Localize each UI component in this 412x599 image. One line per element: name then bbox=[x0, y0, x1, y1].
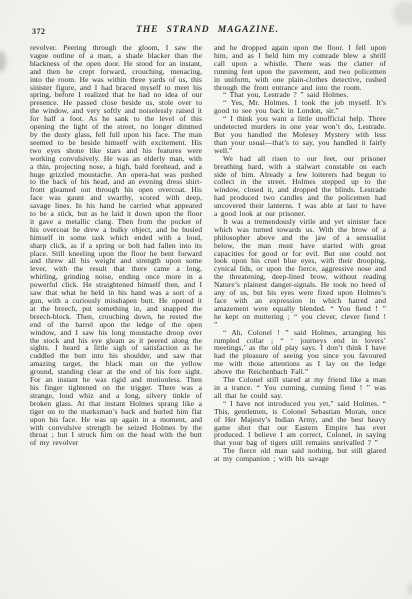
paragraph: “ I think you want a little unofficial h… bbox=[214, 115, 386, 155]
paragraph: We had all risen to our feet, our prison… bbox=[214, 155, 386, 218]
paragraph: revolver. Peering through the gloom, I s… bbox=[30, 44, 202, 447]
scan-artifact bbox=[408, 583, 412, 595]
paragraph: “ I have not introduced you yet,” said H… bbox=[214, 400, 386, 447]
paragraph: It was a tremendously virile and yet sin… bbox=[214, 218, 386, 329]
scan-artifact bbox=[0, 51, 6, 72]
right-column: and he dropped again upon the floor. I f… bbox=[214, 44, 386, 568]
magazine-title: THE STRAND MAGAZINE. bbox=[30, 25, 385, 35]
text-columns: revolver. Peering through the gloom, I s… bbox=[30, 44, 386, 568]
page-header: 372 THE STRAND MAGAZINE. bbox=[30, 25, 385, 38]
paragraph: and he dropped again upon the floor. I f… bbox=[214, 44, 386, 91]
paragraph: “ Yes, Mr. Holmes. I took the job myself… bbox=[214, 99, 386, 115]
paragraph: “ Ah, Colonel ! ” said Holmes, arranging… bbox=[214, 329, 386, 376]
paragraph: The fierce old man said nothing, but sti… bbox=[214, 447, 386, 463]
scan-artifact bbox=[393, 1, 412, 26]
left-column: revolver. Peering through the gloom, I s… bbox=[30, 44, 202, 568]
magazine-page: 372 THE STRAND MAGAZINE. revolver. Peeri… bbox=[0, 0, 412, 599]
paragraph: The Colonel still stared at my friend li… bbox=[214, 376, 386, 400]
